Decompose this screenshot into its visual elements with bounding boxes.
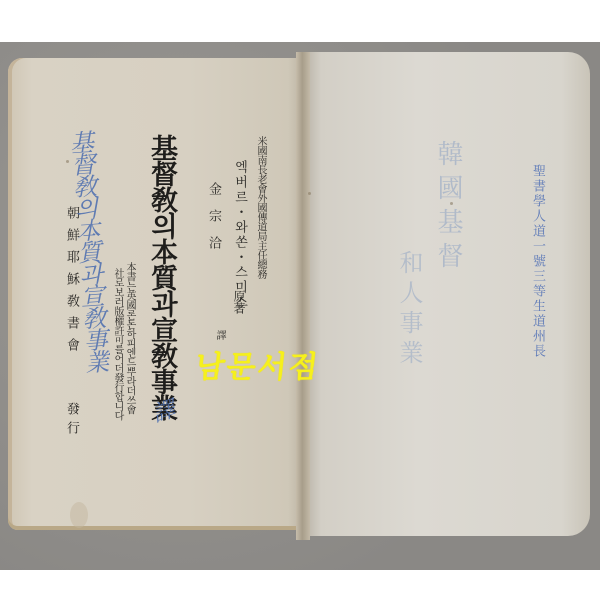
publisher-suffix: 發行 <box>64 402 78 440</box>
store-watermark: 남문서점 <box>194 342 323 386</box>
book-spine <box>296 52 310 540</box>
speck <box>308 192 311 195</box>
pencil-note-1: 韓國基督 <box>430 140 467 276</box>
organization-text: 米國南長老會外國傳道局主任總務 <box>254 136 266 279</box>
book-title: 基督敎의本質과宣敎事業 <box>146 134 176 420</box>
translator-suffix: 譯 <box>212 330 227 340</box>
stain <box>70 502 88 528</box>
pencil-note-2: 和人事業 <box>392 250 427 370</box>
author-name: 엑버르・와쏜・스미스 <box>232 160 246 310</box>
blue-ink-note: 聖書學人道一號三等生道州長 <box>528 164 547 359</box>
copyright-notice-line1: 本書는英國론돈하피엔드뿌라더쓰會 <box>124 262 135 414</box>
author-suffix: 原著 <box>232 290 246 314</box>
right-page <box>304 52 590 536</box>
copyright-notice-line2: 社로보러版權許可를어더發行합니다 <box>112 268 123 420</box>
translator-name: 金宗洽 <box>206 182 220 263</box>
